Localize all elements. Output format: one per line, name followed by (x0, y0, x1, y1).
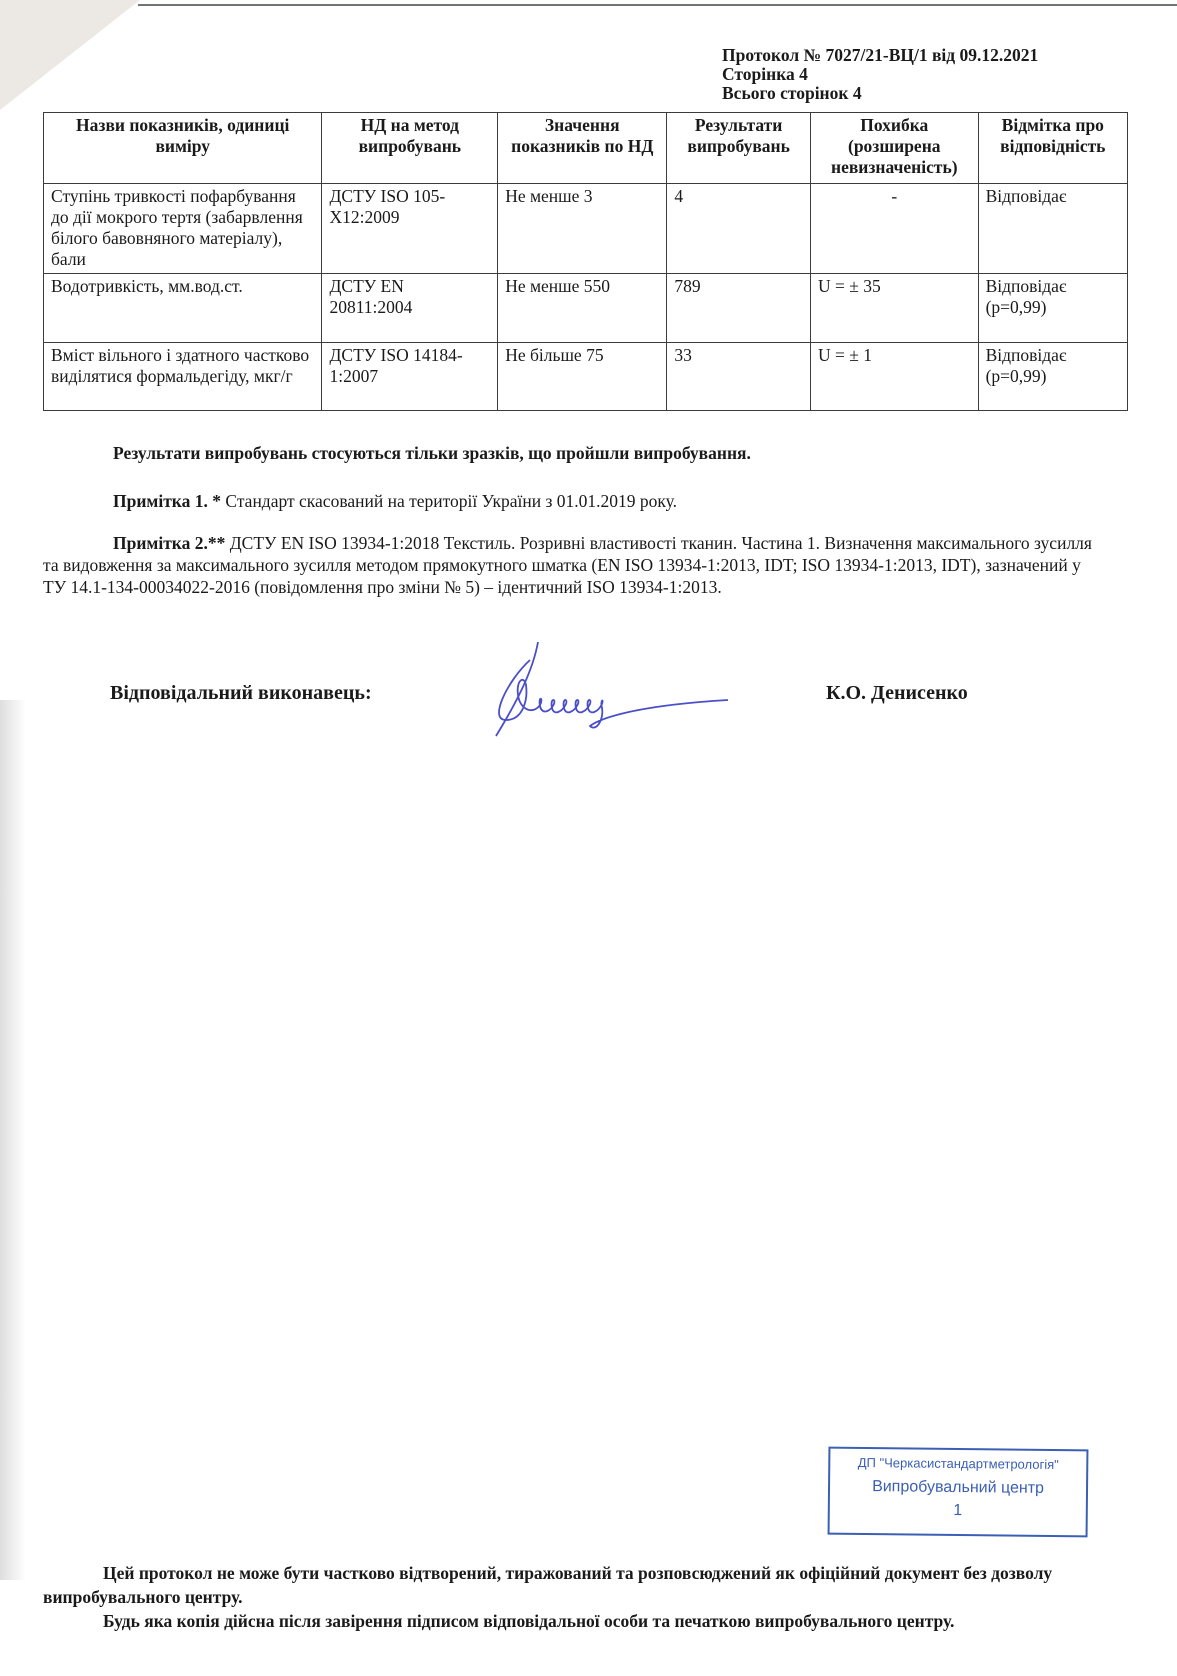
cell-uncertainty: - (810, 184, 978, 274)
note-1-label: Примітка 1. * (113, 491, 221, 511)
cell-requirement: Не менше 550 (498, 274, 667, 343)
column-header-result: Результати випробувань (667, 113, 811, 184)
total-pages: Всього сторінок 4 (722, 84, 1038, 103)
cell-uncertainty: U = ± 35 (810, 274, 978, 343)
results-statement: Результати випробувань стосуються тільки… (113, 442, 751, 464)
cell-result: 33 (667, 343, 811, 411)
cell-indicator: Водотривкість, мм.вод.ст. (44, 274, 322, 343)
cell-result: 4 (667, 184, 811, 274)
protocol-number: Протокол № 7027/21-ВЦ/1 від 09.12.2021 (722, 46, 1038, 65)
column-header-conformity: Відмітка про відповідність (978, 113, 1127, 184)
scan-left-edge-shadow (0, 700, 26, 1580)
responsible-executor-name: К.О. Денисенко (826, 682, 968, 705)
cell-requirement: Не менше 3 (498, 184, 667, 274)
stamp-number: 1 (830, 1501, 1086, 1522)
cell-indicator: Вміст вільного і здатного частково виділ… (44, 343, 322, 411)
handwritten-signature (478, 640, 738, 750)
testing-center-stamp: ДП "Черкасистандартметрологія" Випробува… (828, 1447, 1089, 1538)
footer-reproduction-notice: Цей протокол не може бути частково відтв… (43, 1561, 1103, 1609)
cell-method: ДСТУ ISO 105-X12:2009 (322, 184, 498, 274)
column-header-requirement: Значення показників по НД (498, 113, 667, 184)
stamp-organization: ДП "Черкасистандартметрологія" (830, 1455, 1086, 1473)
cell-method: ДСТУ EN 20811:2004 (322, 274, 498, 343)
cell-conformity: Відповідає (978, 184, 1127, 274)
protocol-header: Протокол № 7027/21-ВЦ/1 від 09.12.2021 С… (722, 46, 1038, 103)
note-1-text: Стандарт скасований на території України… (221, 491, 677, 511)
note-1: Примітка 1. * Стандарт скасований на тер… (113, 490, 677, 512)
cell-conformity: Відповідає (p=0,99) (978, 343, 1127, 411)
cell-indicator: Ступінь тривкості пофарбування до дії мо… (44, 184, 322, 274)
cell-method: ДСТУ ISO 14184-1:2007 (322, 343, 498, 411)
results-table: Назви показників, одиниці виміру НД на м… (43, 112, 1128, 411)
cell-requirement: Не більше 75 (498, 343, 667, 411)
column-header-indicator: Назви показників, одиниці виміру (44, 113, 322, 184)
table-row: Водотривкість, мм.вод.ст. ДСТУ EN 20811:… (44, 274, 1128, 343)
cell-conformity: Відповідає (p=0,99) (978, 274, 1127, 343)
table-header-row: Назви показників, одиниці виміру НД на м… (44, 113, 1128, 184)
stamp-department: Випробувальний центр (830, 1478, 1086, 1499)
responsible-executor-label: Відповідальний виконавець: (110, 682, 372, 705)
footer-disclaimer: Цей протокол не може бути частково відтв… (43, 1561, 1103, 1633)
table-row: Ступінь тривкості пофарбування до дії мо… (44, 184, 1128, 274)
column-header-method: НД на метод випробувань (322, 113, 498, 184)
note-2: Примітка 2.** ДСТУ EN ISO 13934-1:2018 Т… (43, 532, 1103, 598)
note-2-label: Примітка 2.** (113, 533, 225, 553)
column-header-uncertainty: Похибка (розширена невизначеність) (810, 113, 978, 184)
page-top-edge (138, 4, 1177, 6)
cell-result: 789 (667, 274, 811, 343)
folded-page-corner (0, 0, 140, 110)
footer-copy-validity-notice: Будь яка копія дійсна після завірення пі… (43, 1609, 1103, 1633)
cell-uncertainty: U = ± 1 (810, 343, 978, 411)
table-row: Вміст вільного і здатного частково виділ… (44, 343, 1128, 411)
page-number: Сторінка 4 (722, 65, 1038, 84)
